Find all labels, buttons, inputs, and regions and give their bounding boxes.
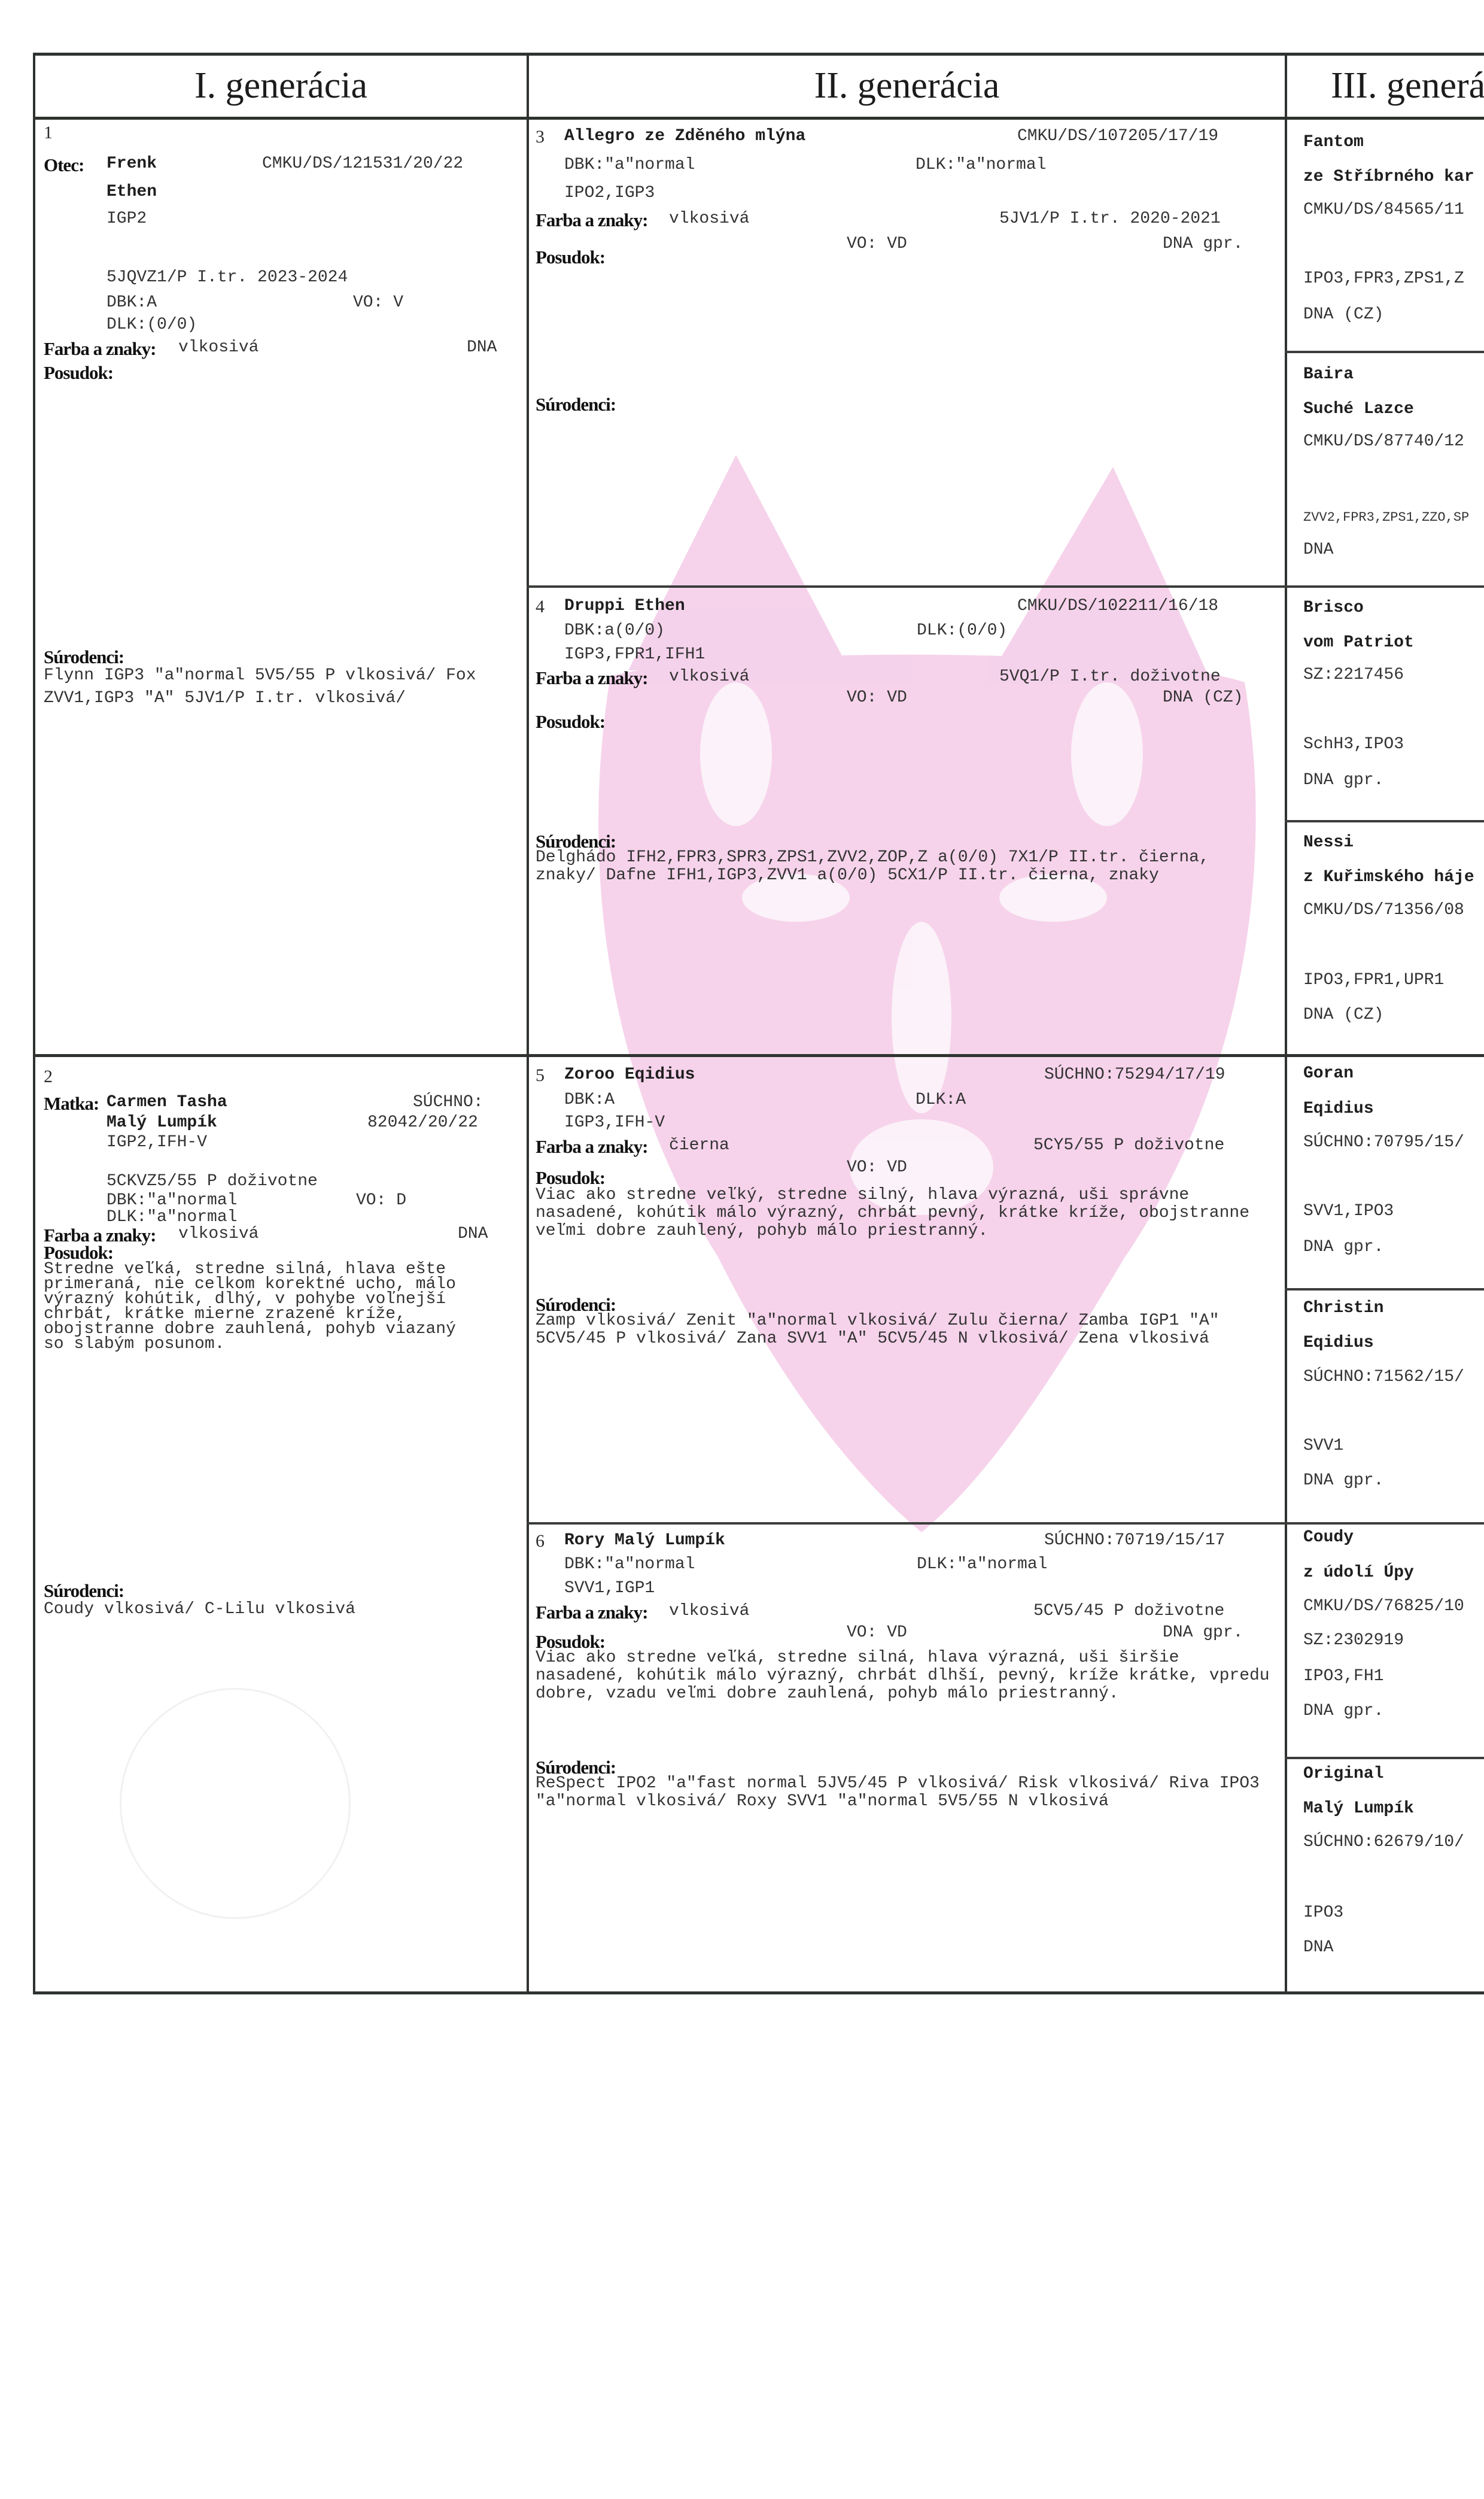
sire-registration: CMKU/DS/121531/20/22: [262, 154, 463, 173]
siblings-label: Súrodenci:: [536, 394, 616, 415]
vo: VO: VD: [847, 235, 907, 253]
ancestor-name: Goran: [1303, 1064, 1354, 1083]
dbk: DBK:"a"normal: [564, 1555, 695, 1574]
dlk: DLK:A: [916, 1091, 966, 1109]
embossed-seal: [120, 1688, 351, 1919]
dam-label: Matka:: [44, 1093, 99, 1115]
ancestor-titles: SVV1,IPO3: [1303, 1202, 1394, 1220]
assessment-label: Posudok:: [536, 711, 605, 733]
dna: DNA gpr.: [1163, 235, 1243, 253]
color: vlkosivá: [669, 209, 749, 228]
breed-code: 5VQ1/P I.tr. doživotne: [999, 667, 1221, 686]
dlk: DLK:"a"normal: [917, 1555, 1047, 1574]
header-generation-2: II. generácia: [529, 54, 1285, 118]
dbk: DBK:"a"normal: [564, 156, 695, 174]
registration: SÚCHNO:75294/17/19: [1044, 1065, 1225, 1084]
ancestor-titles: IPO3: [1303, 1903, 1343, 1922]
titles: SVV1,IGP1: [564, 1579, 655, 1598]
sire-titles: IGP2: [107, 209, 147, 228]
vo: VO: VD: [847, 688, 907, 707]
ancestor-dna: DNA gpr.: [1303, 1238, 1383, 1256]
dog-name: Druppi Ethen: [564, 597, 685, 615]
color-label: Farba a znaky:: [536, 667, 648, 689]
vo: VO: VD: [847, 1158, 907, 1177]
ancestor-name: Original: [1303, 1765, 1383, 1783]
breed-code: 5JV1/P I.tr. 2020-2021: [999, 209, 1221, 228]
ancestor-kennel: z údolí Úpy: [1303, 1563, 1414, 1582]
ancestor-kennel: ze Stříbrného kar: [1303, 168, 1474, 186]
ancestor-registration: SÚCHNO:62679/10/: [1303, 1833, 1464, 1851]
entry-number: 5: [536, 1065, 545, 1086]
dog-name: Rory Malý Lumpík: [564, 1531, 725, 1550]
dam-registration-line1: SÚCHNO:: [413, 1093, 483, 1112]
color-label: Farba a znaky:: [536, 1136, 648, 1158]
breed-code: 5CV5/45 P doživotne: [1033, 1602, 1224, 1620]
titles: IGP3,IFH-V: [564, 1113, 665, 1132]
dam-breed-code: 5CKVZ5/55 P doživotne: [107, 1172, 318, 1191]
sire-dbk: DBK:A: [107, 293, 157, 312]
dam-vo: VO: D: [356, 1191, 406, 1210]
dam-titles: IGP2,IFH-V: [107, 1133, 207, 1152]
entry-number: 6: [536, 1531, 545, 1551]
ancestor-registration: CMKU/DS/84565/11: [1303, 201, 1464, 219]
ancestor-titles: IPO3,FPR3,ZPS1,Z: [1303, 269, 1464, 288]
dam-siblings: Coudy vlkosivá/ C-Lilu vlkosivá: [44, 1598, 486, 1621]
ancestor-registration: CMKU/DS/76825/10: [1303, 1597, 1464, 1616]
entry-number: 4: [536, 597, 545, 617]
sire-assessment-label: Posudok:: [44, 362, 113, 384]
ancestor-dna: DNA (CZ): [1303, 305, 1383, 324]
color: vlkosivá: [669, 1602, 749, 1620]
header-generation-1: I. generácia: [35, 54, 527, 118]
ancestor-name: Fantom: [1303, 133, 1364, 151]
ancestor-dna: DNA gpr.: [1303, 1702, 1383, 1720]
ancestor-registration: SZ:2217456: [1303, 666, 1404, 684]
vo: VO: VD: [847, 1623, 907, 1642]
dam-registration-line2: 82042/20/22: [367, 1113, 478, 1132]
registration: CMKU/DS/102211/16/18: [1017, 597, 1218, 615]
assessment-label: Posudok:: [536, 247, 605, 268]
ancestor-registration: CMKU/DS/87740/12: [1303, 432, 1464, 451]
color-label: Farba a znaky:: [536, 1602, 648, 1623]
sire-siblings: Flynn IGP3 "a"normal 5V5/55 P vlkosivá/ …: [44, 664, 486, 710]
entry-number: 1: [44, 123, 53, 143]
ancestor-name: Coudy: [1303, 1528, 1354, 1547]
ancestor-dna: DNA (CZ): [1303, 1006, 1383, 1024]
sire-name-line2: Ethen: [107, 183, 157, 201]
dbk: DBK:A: [564, 1091, 615, 1109]
dog-name: Allegro ze Zděného mlýna: [564, 127, 805, 145]
header-generation-3: III. generá: [1287, 54, 1484, 118]
ancestor-titles: SVV1: [1303, 1437, 1343, 1455]
dlk: DLK:(0/0): [917, 621, 1007, 640]
ancestor-extra-registration: SZ:2302919: [1303, 1631, 1404, 1650]
dam-name: Carmen Tasha: [107, 1093, 227, 1112]
registration: CMKU/DS/107205/17/19: [1017, 127, 1218, 145]
ancestor-dna: DNA gpr.: [1303, 771, 1383, 790]
siblings: Zamp vlkosivá/ Zenit "a"normal vlkosivá/…: [536, 1312, 1278, 1348]
ancestor-registration: SÚCHNO:71562/15/: [1303, 1368, 1464, 1386]
ancestor-registration: CMKU/DS/71356/08: [1303, 901, 1464, 919]
ancestor-kennel: Suché Lazce: [1303, 400, 1414, 418]
ancestor-registration: SÚCHNO:70795/15/: [1303, 1133, 1464, 1152]
sire-vo: VO: V: [353, 293, 403, 312]
ancestor-titles: SchH3,IPO3: [1303, 735, 1404, 754]
ancestor-kennel: Eqidius: [1303, 1334, 1374, 1352]
ancestor-dna: DNA: [1303, 541, 1333, 559]
sire-dlk: DLK:(0/0): [107, 315, 197, 334]
dlk: DLK:"a"normal: [916, 156, 1046, 174]
registration: SÚCHNO:70719/15/17: [1044, 1531, 1225, 1550]
color-label: Farba a znaky:: [536, 209, 648, 231]
dna: DNA gpr.: [1163, 1623, 1243, 1642]
ancestor-name: Baira: [1303, 365, 1354, 384]
dam-dbk: DBK:"a"normal: [107, 1191, 237, 1210]
ancestor-kennel: Malý Lumpík: [1303, 1799, 1414, 1818]
ancestor-dna: DNA gpr.: [1303, 1471, 1383, 1490]
wolf-head-watermark: [539, 419, 1304, 1556]
siblings: Delghádo IFH2,FPR3,SPR3,ZPS1,ZVV2,ZOP,Z …: [536, 849, 1278, 885]
color: čierna: [669, 1136, 729, 1155]
sire-dna: DNA: [467, 338, 497, 357]
dog-name: Zoroo Eqidius: [564, 1065, 695, 1084]
dam-dna: DNA: [458, 1225, 488, 1243]
entry-number: 3: [536, 127, 545, 147]
entry-number: 2: [44, 1067, 53, 1087]
ancestor-kennel: z Kuřimského háje: [1303, 868, 1474, 886]
color: vlkosivá: [669, 667, 749, 686]
sire-label: Otec:: [44, 154, 84, 176]
ancestor-dna: DNA: [1303, 1938, 1333, 1957]
siblings: ReSpect IPO2 "a"fast normal 5JV5/45 P vl…: [536, 1775, 1278, 1811]
sire-color-label: Farba a znaky:: [44, 338, 156, 360]
titles: IGP3,FPR1,IFH1: [564, 645, 705, 664]
dam-color: vlkosivá: [178, 1225, 259, 1243]
titles: IPO2,IGP3: [564, 184, 655, 202]
ancestor-titles: IPO3,FPR1,UPR1: [1303, 971, 1444, 989]
dam-assessment: Stredne veľká, stredne silná, hlava ešte…: [44, 1262, 481, 1352]
dbk: DBK:a(0/0): [564, 621, 665, 640]
dam-name-line2: Malý Lumpík: [107, 1113, 217, 1132]
sire-breed-code: 5JQVZ1/P I.tr. 2023-2024: [107, 268, 348, 287]
assessment: Viac ako stredne veľký, stredne silný, h…: [536, 1186, 1278, 1240]
dam-dlk: DLK:"a"normal: [107, 1208, 237, 1226]
ancestor-kennel: vom Patriot: [1303, 633, 1414, 652]
ancestor-titles: ZVV2,FPR3,ZPS1,ZZO,SP: [1303, 510, 1469, 525]
ancestor-name: Brisco: [1303, 599, 1364, 617]
sire-name: Frenk: [107, 154, 157, 173]
ancestor-kennel: Eqidius: [1303, 1100, 1374, 1118]
breed-code: 5CY5/55 P doživotne: [1033, 1136, 1224, 1155]
ancestor-name: Christin: [1303, 1299, 1383, 1317]
assessment: Viac ako stredne veľká, stredne silná, h…: [536, 1649, 1278, 1703]
sire-color: vlkosivá: [178, 338, 259, 357]
ancestor-titles: IPO3,FH1: [1303, 1667, 1383, 1686]
ancestor-name: Nessi: [1303, 833, 1354, 852]
dna: DNA (CZ): [1163, 688, 1243, 707]
